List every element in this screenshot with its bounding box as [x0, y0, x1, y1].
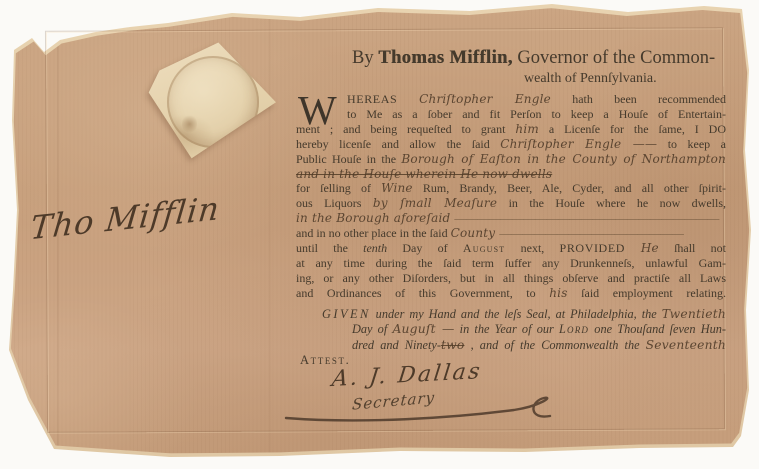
drop-cap: W: [298, 93, 337, 127]
text-line: and in the Houſe wherein He now dwells: [296, 167, 726, 182]
handwritten-text: his: [549, 286, 567, 300]
printed-text: Rum, Brandy, Beer, Ale, Cyder, and all o…: [413, 181, 726, 195]
text-line: dred and Ninety-two , and of the Commonw…: [296, 338, 726, 354]
wafer-seal: [146, 40, 280, 162]
printed-text: and in no other place in the ſaid: [296, 226, 451, 240]
printed-text: one Thouſand ſeven Hun-: [589, 322, 726, 336]
printed-text: dred and Ninety-: [352, 338, 441, 352]
text-line: to Me as a ſober and fit Perſon to keep …: [296, 107, 726, 122]
text-line: ous Liquors by ſmall Meaſure in the Houſ…: [296, 196, 726, 211]
text-line: and in no other place in the ſaid County…: [296, 226, 726, 241]
text-line: GIVEN under my Hand and the leſs Seal, a…: [296, 307, 726, 323]
printed-text: hereby licenſe and allow the ſaid: [296, 137, 500, 151]
text-line: in the Borough aforeſaid ———————————————…: [296, 211, 726, 226]
printed-text: ous Liquors: [296, 196, 373, 210]
printed-text: August: [463, 241, 506, 255]
document-photo: Tho Mifflin By Thomas Mifflin, Governor …: [0, 0, 759, 469]
handwritten-text: Wine: [381, 181, 413, 195]
handwritten-text: him: [515, 122, 539, 136]
embossed-seal-icon: [167, 56, 259, 148]
printed-text: ing, or any other Diſorders, but in all …: [296, 271, 726, 285]
handwritten-text: Seventeenth: [646, 338, 726, 352]
printed-text: in the Houſe where he now dwells,: [497, 196, 726, 210]
text-line: Day of Auguſt — in the Year of our Lord …: [296, 322, 726, 338]
printed-text: HEREAS: [347, 92, 419, 106]
text-line: HEREAS Chriſtopher Engle hath been recom…: [296, 92, 726, 107]
page-title: By Thomas Mifflin, Governor of the Commo…: [296, 46, 726, 70]
printed-text: PROVIDED: [560, 241, 641, 255]
printed-text: ſhall not: [659, 241, 726, 255]
seal-stain: [182, 114, 197, 134]
text-line: Public Houſe in the Borough of Eaſton in…: [296, 152, 726, 167]
printed-text: Day of: [387, 241, 463, 255]
handwritten-text: Chriſtopher Engle ——: [500, 137, 657, 151]
printed-text-block: By Thomas Mifflin, Governor of the Commo…: [296, 46, 726, 353]
printed-text: Public Houſe in the: [296, 152, 401, 166]
printed-text: ———————————————————————: [454, 211, 719, 225]
handwritten-text: Borough of Eaſton in the County of North…: [401, 152, 726, 166]
text-line: hereby licenſe and allow the ſaid Chriſt…: [296, 137, 726, 152]
page-title-line2: wealth of Pennſylvania.: [296, 70, 726, 87]
printed-text: for ſelling of: [296, 181, 381, 195]
given-clause: GIVEN under my Hand and the leſs Seal, a…: [296, 307, 726, 354]
document-body: W HEREAS Chriſtopher Engle hath been rec…: [296, 92, 726, 301]
printed-text: a Licenſe for the ſame, I DO: [539, 122, 726, 136]
text-line: ing, or any other Diſorders, but in all …: [296, 271, 726, 286]
printed-text: tenth: [363, 241, 387, 255]
printed-text: GIVEN: [322, 307, 371, 321]
handwritten-text: Chriſtopher Engle: [419, 92, 551, 106]
handwritten-text: and in the Houſe wherein He now dwells: [296, 167, 552, 181]
text-line: at any time during the ſaid term ſuffer …: [296, 256, 726, 271]
printed-text: to keep a: [657, 137, 726, 151]
handwritten-text: Auguſt —: [392, 322, 454, 336]
printed-text: Lord: [559, 322, 589, 336]
printed-text: , and of the Commonwealth the: [464, 338, 645, 352]
handwritten-text: He: [641, 241, 659, 255]
printed-text: under my Hand and the leſs Seal, at Phil…: [371, 307, 662, 321]
handwritten-text: in the Borough aforeſaid: [296, 211, 454, 225]
text-line: ment ; and being requeſted to grant him …: [296, 122, 726, 137]
title-pre: By: [352, 48, 378, 68]
flourish-underline-icon: [282, 394, 582, 434]
handwritten-text: County: [451, 226, 500, 240]
text-line: and Ordinances of this Government, to hi…: [296, 286, 726, 301]
printed-text: ſaid employment relating.: [568, 286, 726, 300]
seal-paper: [146, 40, 280, 162]
printed-text: next,: [505, 241, 559, 255]
printed-text: and Ordinances of this Government, to: [296, 286, 549, 300]
printed-text: at any time during the ſaid term ſuffer …: [296, 256, 726, 270]
handwritten-text: by ſmall Meaſure: [373, 196, 497, 210]
printed-text: Day of: [352, 322, 392, 336]
title-post: Governor of the Common-: [513, 48, 715, 68]
printed-text: ————————————————: [499, 226, 683, 240]
printed-text: until the: [296, 241, 363, 255]
printed-text: hath been recommended: [551, 92, 726, 106]
printed-text: in the Year of our: [454, 322, 559, 336]
printed-text: to Me as a ſober and fit Perſon to keep …: [347, 107, 726, 121]
handwritten-text: Twentieth: [662, 307, 726, 321]
text-line: for ſelling of Wine Rum, Brandy, Beer, A…: [296, 181, 726, 196]
text-line: until the tenth Day of August next, PROV…: [296, 241, 726, 256]
handwritten-text: two: [441, 338, 464, 352]
governor-name: Thomas Mifflin,: [378, 48, 512, 68]
